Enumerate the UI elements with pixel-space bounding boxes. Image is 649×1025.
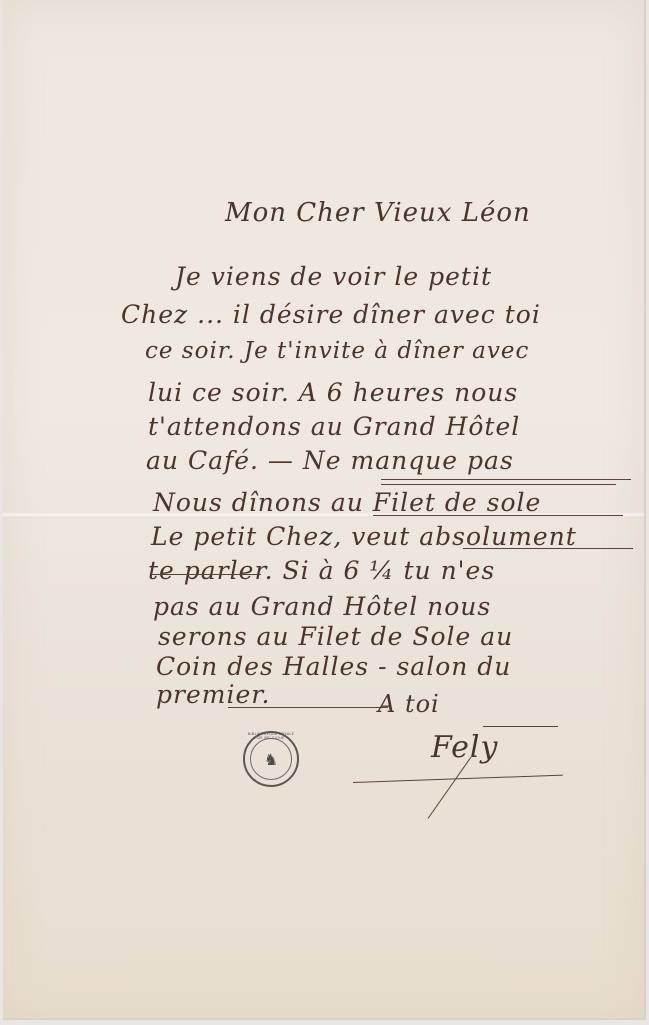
library-stamp: ♞ BIBLIOTHÈQUE ROYALE DE BELGIQUE bbox=[243, 731, 299, 787]
body-line-6: au Café. — Ne manque pas bbox=[146, 446, 514, 475]
salutation: Mon Cher Vieux Léon bbox=[225, 198, 531, 228]
underline-rule bbox=[381, 479, 631, 480]
underline-rule bbox=[151, 574, 261, 575]
signature-downstroke bbox=[428, 757, 472, 819]
body-line-5: t'attendons au Grand Hôtel bbox=[148, 412, 520, 441]
body-line-10: pas au Grand Hôtel nous bbox=[153, 592, 491, 621]
lion-emblem-icon: ♞ bbox=[264, 757, 278, 762]
body-line-2: Chez ... il désire dîner avec toi bbox=[121, 300, 541, 329]
body-line-1: Je viens de voir le petit bbox=[175, 262, 492, 291]
signature: Fely bbox=[431, 730, 498, 765]
body-line-7: Nous dînons au Filet de sole bbox=[153, 488, 541, 517]
stamp-inner-ring: ♞ bbox=[250, 738, 292, 780]
body-line-9: te parler. Si à 6 ¼ tu n'es bbox=[148, 556, 495, 585]
body-line-12: Coin des Halles - salon du bbox=[156, 652, 511, 681]
underline-rule bbox=[373, 515, 623, 516]
stamp-text: BIBLIOTHÈQUE ROYALE DE BELGIQUE bbox=[245, 732, 297, 740]
letter-page: Mon Cher Vieux Léon Je viens de voir le … bbox=[3, 0, 646, 1020]
closing-flourish-rule bbox=[228, 707, 388, 708]
body-line-3: ce soir. Je t'invite à dîner avec bbox=[145, 338, 529, 364]
body-line-4: lui ce soir. A 6 heures nous bbox=[148, 378, 518, 407]
body-line-13: premier. bbox=[156, 680, 270, 709]
closing: A toi bbox=[378, 690, 440, 718]
underline-rule bbox=[463, 548, 633, 549]
body-line-11: serons au Filet de Sole au bbox=[158, 622, 513, 651]
signature-top-rule bbox=[483, 726, 558, 727]
underline-rule bbox=[381, 484, 616, 485]
body-line-8: Le petit Chez, veut absolument bbox=[151, 522, 577, 551]
